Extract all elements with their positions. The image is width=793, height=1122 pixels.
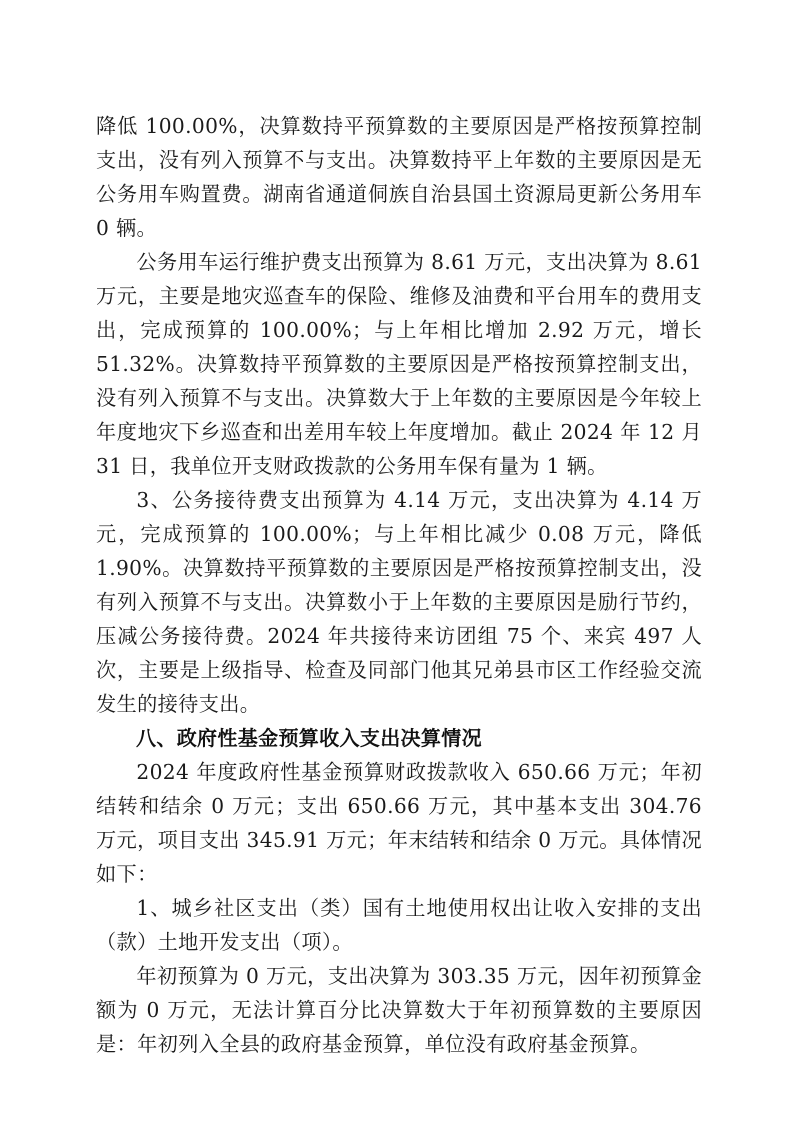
paragraph-reception: 3、公务接待费支出预算为 4.14 万元，支出决算为 4.14 万元，完成预算的…	[96, 483, 702, 721]
paragraph-fund-item-title: 1、城乡社区支出（类）国有土地使用权出让收入安排的支出（款）土地开发支出（项）。	[96, 891, 702, 959]
paragraph-vehicle-operation: 公务用车运行维护费支出预算为 8.61 万元，支出决算为 8.61 万元，主要是…	[96, 245, 702, 483]
document-page: 降低 100.00%，决算数持平预算数的主要原因是严格按预算控制支出，没有列入预…	[96, 109, 702, 1061]
paragraph-fund-item-detail: 年初预算为 0 万元，支出决算为 303.35 万元，因年初预算金额为 0 万元…	[96, 959, 702, 1061]
paragraph-vehicle-purchase-tail: 降低 100.00%，决算数持平预算数的主要原因是严格按预算控制支出，没有列入预…	[96, 109, 702, 245]
section-heading: 八、政府性基金预算收入支出决算情况	[96, 721, 702, 755]
paragraph-fund-overview: 2024 年度政府性基金预算财政拨款收入 650.66 万元；年初结转和结余 0…	[96, 755, 702, 891]
